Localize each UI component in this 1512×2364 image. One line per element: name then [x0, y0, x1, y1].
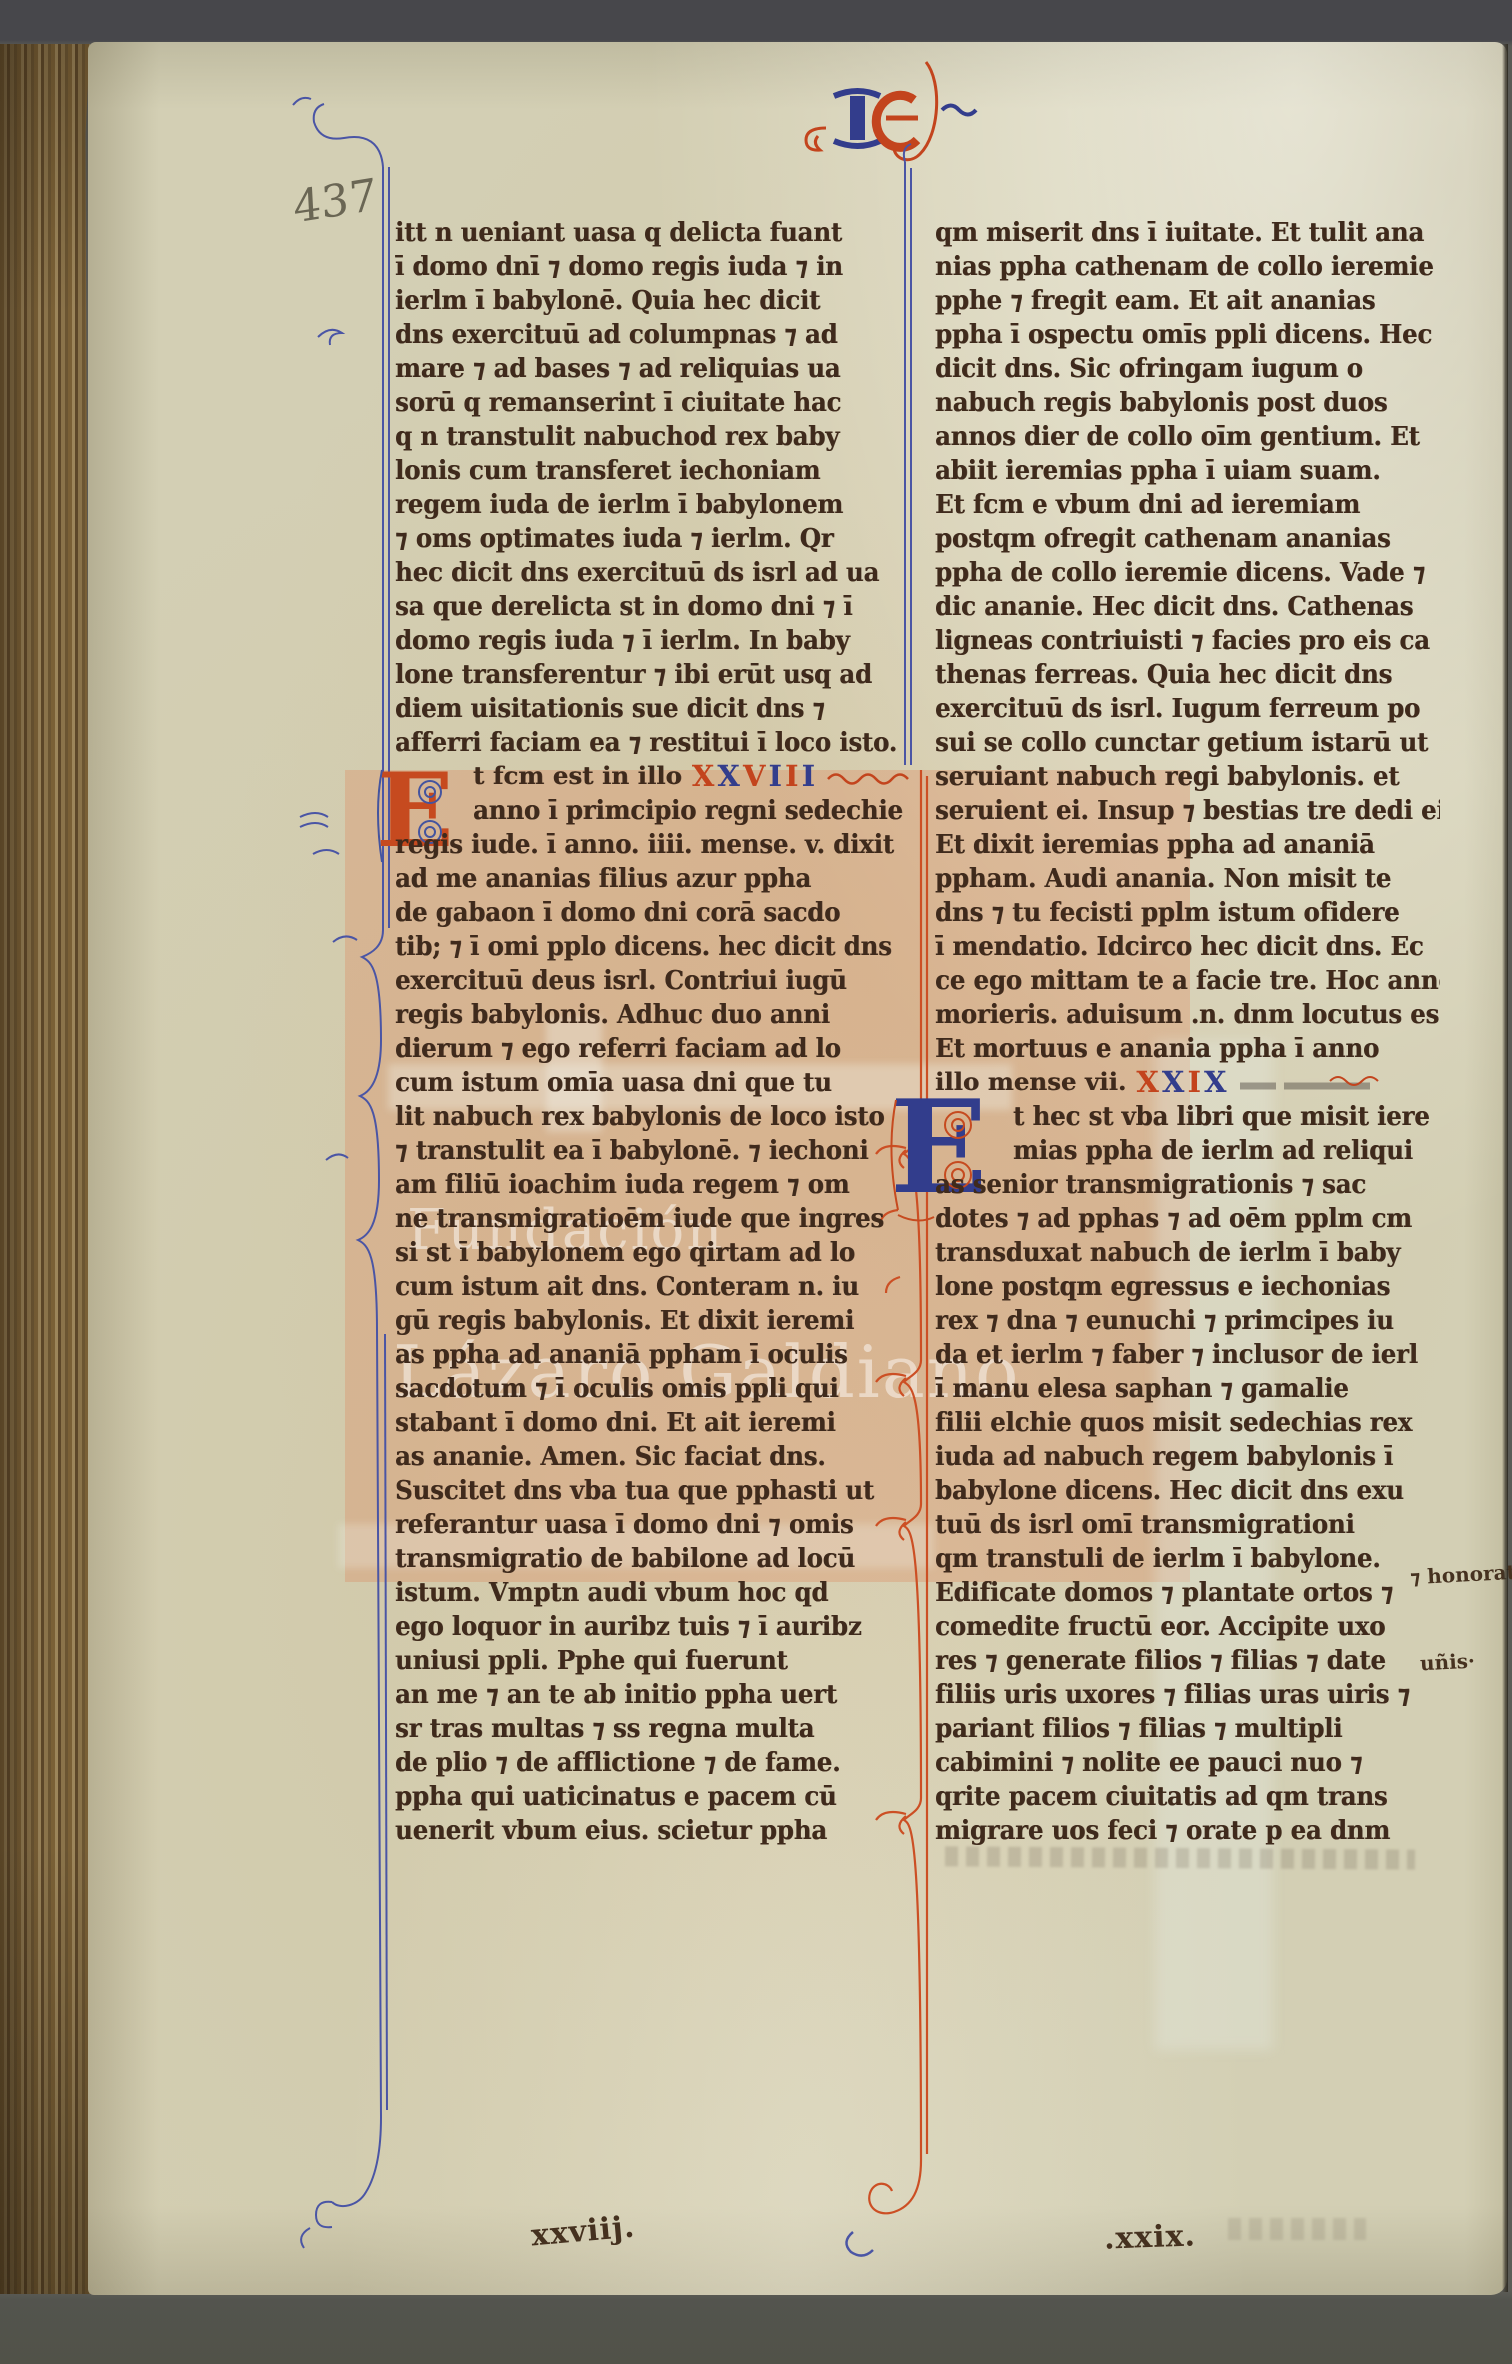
- text-line: nias ppha cathenam de collo ieremie: [935, 249, 1440, 285]
- text-line: lone transferentur ⁊ ibi erūt usq ad: [395, 657, 907, 693]
- text-line: itt n ueniant uasa q delicta fuant: [395, 215, 907, 251]
- right-text-column: qm miserit dns ī iuitate. Et tulit anani…: [935, 215, 1440, 1847]
- left-text-column: itt n ueniant uasa q delicta fuantī domo…: [395, 215, 907, 1847]
- text-line: ierlm ī babylonē. Quia hec dicit: [395, 283, 907, 319]
- show-through-text-ghost: [945, 1846, 1415, 1869]
- text-line: uenerit vbum eius. scietur ppha: [395, 1813, 907, 1849]
- text-line: de plio ⁊ de afflictione ⁊ de fame.: [395, 1745, 907, 1781]
- text-line: t hec st vba libri que misit iere: [935, 1099, 1440, 1135]
- text-line: q n transtulit nabuchod rex baby: [395, 419, 907, 455]
- text-line: si st ī babylonem ego qirtam ad lo: [395, 1235, 907, 1271]
- text-line: gū regis babylonis. Et dixit ieremi: [395, 1303, 907, 1339]
- text-line: dns exercituū ad columpnas ⁊ ad: [395, 317, 907, 353]
- text-line: istum. Vmptn audi vbum hoc qd: [395, 1575, 907, 1611]
- text-line: dicit dns. Sic ofringam iugum o: [935, 351, 1440, 387]
- rubric-text: illo mense vii.: [935, 1065, 1126, 1099]
- text-line: pphe ⁊ fregit eam. Et ait ananias: [935, 283, 1440, 319]
- text-line: Et mortuus e anania ppha ī anno: [935, 1031, 1440, 1067]
- text-line: afferri faciam ea ⁊ restitui ī loco isto…: [395, 725, 907, 761]
- right-paragraph-1: qm miserit dns ī iuitate. Et tulit anani…: [935, 215, 1440, 1065]
- red-line-filler: [826, 767, 922, 785]
- text-line: lonis cum transferet iechoniam: [395, 453, 907, 489]
- text-line: domo regis iuda ⁊ ī ierlm. In baby: [395, 623, 907, 659]
- chapter-28-rubric: t fcm est in illo XXVIII: [395, 759, 907, 793]
- chapter-29-rubric: illo mense vii. XXIX: [935, 1065, 1440, 1099]
- text-line: lone postqm egressus e iechonias: [935, 1269, 1440, 1305]
- text-line: morieris. aduisum .n. dnm locutus es.: [935, 997, 1440, 1033]
- text-line: ppha ī ospectu omīs ppli dicens. Hec: [935, 317, 1440, 353]
- text-line: anno ī primcipio regni sedechie: [395, 793, 907, 829]
- line-filler-strokes: [1238, 1073, 1408, 1091]
- chapter-numeral-28: XXVIII: [692, 759, 818, 793]
- manuscript-photograph: Fundación Lázaro Galdiano 437: [0, 0, 1512, 2364]
- numeral-letter: X: [692, 759, 718, 793]
- text-line: ī domo dnī ⁊ domo regis iuda ⁊ in: [395, 249, 907, 285]
- numeral-letter: I: [1187, 1065, 1204, 1099]
- left-margin-bracket: [293, 98, 389, 2248]
- text-line: as senior transmigrationis ⁊ sac: [935, 1167, 1440, 1203]
- text-line: qm transtuli de ierlm ī babylone.: [935, 1541, 1440, 1577]
- text-line: ī manu elesa saphan ⁊ gamalie: [935, 1371, 1440, 1407]
- text-line: Et fcm e vbum dni ad ieremiam: [935, 487, 1440, 523]
- text-line: sa que derelicta st in domo dni ⁊ ī: [395, 589, 907, 625]
- text-line: Edificate domos ⁊ plantate ortos ⁊: [935, 1575, 1440, 1611]
- next-page-edge: [1502, 44, 1508, 2292]
- text-line: exercituū ds isrl. Iugum ferreum po: [935, 691, 1440, 727]
- text-line: sacdotum ⁊ ī oculis omis ppli qui: [395, 1371, 907, 1407]
- text-line: ne transmigratioēm iude que ingres: [395, 1201, 907, 1237]
- text-line: transmigratio de babilone ad locū: [395, 1541, 907, 1577]
- right-paragraph-2: as senior transmigrationis ⁊ sacdotes ⁊ …: [935, 1167, 1440, 1847]
- running-header-monogram: [806, 62, 976, 160]
- left-paragraph-2-start: anno ī primcipio regni sedechie: [395, 793, 907, 827]
- rubric-text: t fcm est in illo: [395, 759, 682, 793]
- text-line: da et ierlm ⁊ faber ⁊ inclusor de ierl: [935, 1337, 1440, 1373]
- catchword-xxix: .xxix.: [1103, 2218, 1196, 2256]
- text-line: as ananie. Amen. Sic faciat dns.: [395, 1439, 907, 1475]
- text-line: qrite pacem ciuitatis ad qm trans: [935, 1779, 1440, 1815]
- text-line: filiis uris uxores ⁊ filias uras uiris ⁊: [935, 1677, 1440, 1713]
- text-line: regis babylonis. Adhuc duo anni: [395, 997, 907, 1033]
- text-line: Et dixit ieremias ppha ad ananiā: [935, 827, 1440, 863]
- text-line: tuū ds isrl omī transmigrationi: [935, 1507, 1440, 1543]
- text-line: sui se collo cunctar getium istarū ut: [935, 725, 1440, 761]
- text-line: ⁊ transtulit ea ī babylonē. ⁊ iechoni: [395, 1133, 907, 1169]
- numeral-letter: I: [802, 759, 819, 793]
- text-line: ppha qui uaticinatus e pacem cū: [395, 1779, 907, 1815]
- chapter-numeral-29: XXIX: [1136, 1065, 1229, 1099]
- text-line: uniusi ppli. Pphe qui fuerunt: [395, 1643, 907, 1679]
- text-line: mare ⁊ ad bases ⁊ ad reliquias ua: [395, 351, 907, 387]
- text-line: ad me ananias filius azur ppha: [395, 861, 907, 897]
- text-line: tib; ⁊ ī omi pplo dicens. hec dicit dns: [395, 929, 907, 965]
- text-line: ppha de collo ieremie dicens. Vade ⁊: [935, 555, 1440, 591]
- text-line: mias ppha de ierlm ad reliqui: [935, 1133, 1440, 1169]
- text-line: referantur uasa ī domo dni ⁊ omis: [395, 1507, 907, 1543]
- right-paragraph-2-start: t hec st vba libri que misit ieremias pp…: [935, 1099, 1440, 1167]
- text-line: thenas ferreas. Quia hec dicit dns: [935, 657, 1440, 693]
- text-line: ⁊ oms optimates iuda ⁊ ierlm. Qr: [395, 521, 907, 557]
- text-line: abiit ieremias ppha ī uiam suam.: [935, 453, 1440, 489]
- text-line: ego loquor in auribz tuis ⁊ ī auribz: [395, 1609, 907, 1645]
- text-line: Suscitet dns vba tua que pphasti ut: [395, 1473, 907, 1509]
- text-line: pariant filios ⁊ filias ⁊ multipli: [935, 1711, 1440, 1747]
- show-through-text-ghost: [1228, 2218, 1366, 2240]
- text-line: postqm ofregit cathenam ananias: [935, 521, 1440, 557]
- text-line: dotes ⁊ ad pphas ⁊ ad oēm pplm cm: [935, 1201, 1440, 1237]
- text-line: iuda ad nabuch regem babylonis ī: [935, 1439, 1440, 1475]
- numeral-letter: X: [1204, 1065, 1230, 1099]
- numeral-letter: X: [717, 759, 743, 793]
- text-line: sr tras multas ⁊ ss regna multa: [395, 1711, 907, 1747]
- text-line: comedite fructū eor. Accipite uxo: [935, 1609, 1440, 1645]
- text-line: stabant ī domo dni. Et ait ieremi: [395, 1405, 907, 1441]
- margin-correction-uxoribus: uñis·: [1419, 1649, 1475, 1676]
- parchment-page: Fundación Lázaro Galdiano 437: [88, 42, 1507, 2295]
- numeral-letter: V: [743, 759, 769, 793]
- text-line: annos dier de collo oīm gentium. Et: [935, 419, 1440, 455]
- text-line: cum istum omīa uasa dni que tu: [395, 1065, 907, 1101]
- text-line: rex ⁊ dna ⁊ eunuchi ⁊ primcipes iu: [935, 1303, 1440, 1339]
- text-line: dic ananie. Hec dicit dns. Cathenas: [935, 589, 1440, 625]
- text-line: filii elchie quos misit sedechias rex: [935, 1405, 1440, 1441]
- left-paragraph-1: itt n ueniant uasa q delicta fuantī domo…: [395, 215, 907, 759]
- text-line: de gabaon ī domo dni corā sacdo: [395, 895, 907, 931]
- text-line: nabuch regis babylonis post duos: [935, 385, 1440, 421]
- text-line: qm miserit dns ī iuitate. Et tulit ana: [935, 215, 1440, 251]
- text-line: ī mendatio. Idcirco hec dicit dns. Ec: [935, 929, 1440, 965]
- text-line: am filiū ioachim iuda regem ⁊ om: [395, 1167, 907, 1203]
- text-line: diem uisitationis sue dicit dns ⁊: [395, 691, 907, 727]
- text-line: transduxat nabuch de ierlm ī baby: [935, 1235, 1440, 1271]
- text-line: lit nabuch rex babylonis de loco isto: [395, 1099, 907, 1135]
- text-line: ppham. Audi anania. Non misit te: [935, 861, 1440, 897]
- text-line: babylone dicens. Hec dicit dns exu: [935, 1473, 1440, 1509]
- text-line: migrare uos feci ⁊ orate p ea dnm: [935, 1813, 1440, 1849]
- text-line: ce ego mittam te a facie tre. Hoc anno: [935, 963, 1440, 999]
- numeral-letter: X: [1136, 1065, 1162, 1099]
- numeral-letter: I: [785, 759, 802, 793]
- text-line: regis iude. ī anno. iiii. mense. v. dixi…: [395, 827, 907, 863]
- text-line: cum istum ait dns. Conteram n. iu: [395, 1269, 907, 1305]
- text-line: dns ⁊ tu fecisti pplm istum ofidere: [935, 895, 1440, 931]
- text-line: cabimini ⁊ nolite ee pauci nuo ⁊: [935, 1745, 1440, 1781]
- text-line: exercituū deus isrl. Contriui iugū: [395, 963, 907, 999]
- left-paragraph-2: regis iude. ī anno. iiii. mense. v. dixi…: [395, 827, 907, 1847]
- numeral-letter: I: [768, 759, 785, 793]
- text-line: dierum ⁊ ego referri faciam ad lo: [395, 1031, 907, 1067]
- text-line: regem iuda de ierlm ī babylonem: [395, 487, 907, 523]
- text-line: seruiant nabuch regi babylonis. et: [935, 759, 1440, 795]
- text-line: sorū q remanserint ī ciuitate hac: [395, 385, 907, 421]
- text-line: as ppha ad ananiā ppham ī oculis: [395, 1337, 907, 1373]
- text-line: hec dicit dns exercituū ds isrl ad ua: [395, 555, 907, 591]
- bottom-center-blue-flourish: [846, 2232, 873, 2256]
- numeral-letter: X: [1162, 1065, 1188, 1099]
- text-line: seruient ei. Insup ⁊ bestias tre dedi ei…: [935, 793, 1440, 829]
- text-line: res ⁊ generate filios ⁊ filias ⁊ date: [935, 1643, 1440, 1679]
- text-line: an me ⁊ an te ab initio ppha uert: [395, 1677, 907, 1713]
- text-line: ligneas contriuisti ⁊ facies pro eis ca: [935, 623, 1440, 659]
